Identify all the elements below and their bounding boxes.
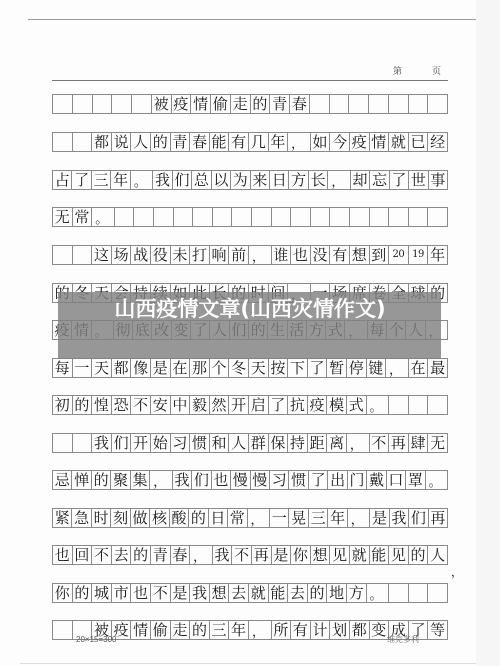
grid-cell: 事: [428, 171, 448, 189]
grid-cell: 的: [150, 133, 170, 151]
grid-cell-empty: [52, 434, 72, 452]
grid-cell: 不: [150, 584, 170, 602]
grid-cell-empty: [309, 95, 329, 113]
grid-cell: 常: [227, 509, 246, 527]
grid-cell: 出: [327, 471, 346, 489]
grid-cell: 每: [52, 359, 72, 377]
grid-cell-empty: [369, 208, 389, 226]
grid-cell: 我: [189, 584, 209, 602]
page-label-ye: 页: [432, 64, 441, 77]
grid-cell: 一: [269, 509, 288, 527]
grid-cell: 响: [209, 246, 229, 264]
grid-cell: 是: [271, 546, 291, 564]
grid-cell: 场: [111, 246, 131, 264]
grid-cell: 的: [130, 546, 150, 564]
grid-cell: 下: [287, 359, 307, 377]
grid-cell: 习: [269, 471, 288, 489]
grid-cell: 青: [170, 133, 190, 151]
grid-cell: 恐: [111, 396, 131, 414]
grid-cell: 不: [91, 546, 111, 564]
grid-cell: 肆: [408, 434, 428, 452]
grid-cell-empty: [92, 95, 112, 113]
grid-cell: 方: [346, 584, 366, 602]
grid-cell: 像: [130, 359, 150, 377]
grid-cell: 键: [366, 359, 386, 377]
grid-cell: 所: [271, 621, 291, 639]
text-row: 占了三年。我们总以为来日方长，却忘了世事: [52, 170, 448, 190]
grid-cell-empty: [388, 584, 408, 602]
grid-cell: ，: [327, 171, 349, 189]
grid-cell: 就: [349, 546, 369, 564]
grid-cell: 了: [307, 359, 327, 377]
grid-cell: 能: [268, 584, 288, 602]
grid-cell: 我: [389, 509, 408, 527]
grid-cell: 。: [91, 208, 114, 226]
grid-cell: 的: [307, 584, 327, 602]
grid-cell: 有: [290, 621, 310, 639]
grid-cell: 启: [248, 396, 268, 414]
grid-cell: 却: [350, 171, 369, 189]
grid-cell: 我: [172, 471, 191, 489]
grid-cell-empty: [388, 95, 408, 113]
grid-cell: 再: [428, 509, 448, 527]
grid-cell-empty: [212, 208, 232, 226]
grid-cell: 疫: [349, 133, 369, 151]
grid-cell: 的: [250, 95, 270, 113]
margin-comma: ，: [451, 563, 463, 580]
brand-label: 维克多利: [387, 634, 419, 645]
grid-cell: 春: [170, 546, 190, 564]
grid-cell: 经: [427, 133, 448, 151]
grid-cell-empty: [388, 396, 408, 414]
grid-cell: 口: [386, 471, 405, 489]
grid-cell: 做: [130, 509, 149, 527]
grid-cell: 年: [427, 246, 448, 264]
grid-cell: 暂: [326, 359, 346, 377]
grid-cell: 的: [189, 621, 209, 639]
grid-cell: 三: [91, 171, 110, 189]
grid-cell: 市: [111, 584, 131, 602]
grid-cell: 已: [408, 133, 428, 151]
grid-cell: 疫: [171, 95, 191, 113]
grid-cell: 不: [231, 546, 251, 564]
grid-cell: 20: [388, 246, 408, 264]
grid-cell: 能: [209, 133, 229, 151]
grid-cell: 习: [170, 434, 190, 452]
text-row: 每一天都像是在那个冬天按下了暂停键，在最: [52, 358, 448, 378]
grid-cell: 也: [211, 471, 230, 489]
grid-cell: 年: [327, 509, 346, 527]
grid-cell: ，: [287, 133, 310, 151]
grid-cell: 个: [209, 359, 229, 377]
grid-cell: 划: [329, 621, 349, 639]
grid-cell: 距: [307, 434, 327, 452]
grid-cell: 惮: [71, 471, 90, 489]
text-row: 紧急时刻做核酸的日常，一晃三年，是我们再: [52, 508, 448, 528]
text-row: 这场战役未打响前，谁也没有想到2019年: [52, 245, 448, 265]
grid-cell: 的: [91, 471, 110, 489]
grid-cell: 急: [71, 509, 90, 527]
grid-cell: 年: [228, 621, 248, 639]
grid-cell: 。: [130, 171, 152, 189]
grid-cell: 以: [211, 171, 230, 189]
grid-cell: 式: [346, 396, 366, 414]
grid-cell: 战: [130, 246, 150, 264]
grid-cell: 就: [388, 133, 408, 151]
grid-cell: 变: [369, 621, 389, 639]
bottom-divider: [20, 663, 476, 664]
grid-cell: 回: [72, 546, 92, 564]
grid-cell: 走: [170, 621, 190, 639]
page-label-di: 第: [393, 64, 402, 77]
grid-cell: 说: [111, 133, 131, 151]
grid-cell: 慢: [230, 471, 249, 489]
grid-cell: 情: [130, 621, 150, 639]
grid-cell: 占: [52, 171, 71, 189]
header-divider: [52, 80, 448, 81]
grid-cell: 19: [408, 246, 428, 264]
grid-cell-empty: [52, 133, 72, 151]
grid-cell: 等: [427, 621, 448, 639]
grid-cell: 为: [230, 171, 249, 189]
grid-cell: 偷: [150, 621, 170, 639]
grid-cell: 忘: [369, 171, 388, 189]
grid-cell: 开: [130, 434, 150, 452]
grid-spec-label: 20×15=300: [76, 635, 117, 644]
grid-cell: 晃: [288, 509, 307, 527]
grid-cell: 春: [289, 95, 309, 113]
grid-cell: 是: [369, 509, 388, 527]
grid-cell: 再: [388, 434, 408, 452]
grid-cell: 天: [91, 359, 111, 377]
grid-cell: 的: [72, 396, 92, 414]
grid-cell: 惯: [288, 471, 307, 489]
grid-cell: 也: [130, 584, 150, 602]
grid-cell: 在: [170, 359, 190, 377]
grid-cell: 我: [152, 171, 171, 189]
grid-cell: 未: [170, 246, 190, 264]
grid-cell-empty: [72, 246, 92, 264]
grid-cell: 地: [326, 584, 346, 602]
grid-cell-empty: [192, 208, 212, 226]
grid-cell: 被: [151, 95, 171, 113]
grid-cell: 偷: [210, 95, 230, 113]
overlay-title[interactable]: 山西疫情文章(山西灾情作文): [70, 296, 430, 322]
grid-cell: 最: [427, 359, 448, 377]
grid-cell: 去: [228, 584, 248, 602]
text-row: 你的城市也不是我想去就能去的地方。: [52, 583, 448, 603]
grid-cell: 酸: [169, 509, 188, 527]
grid-cell-empty: [231, 208, 251, 226]
grid-cell-empty: [52, 621, 72, 639]
grid-cell: 慢: [250, 471, 269, 489]
grid-cell: 一: [72, 359, 92, 377]
grid-cell-empty: [329, 95, 349, 113]
grid-cell: 惯: [189, 434, 209, 452]
grid-cell: 安: [150, 396, 170, 414]
grid-cell: 了: [71, 171, 90, 189]
grid-cell-empty: [290, 208, 310, 226]
grid-cell: 春: [189, 133, 209, 151]
top-divider: [28, 19, 476, 20]
grid-cell: ，: [347, 509, 369, 527]
grid-cell: 见: [329, 546, 349, 564]
grid-cell: 中: [170, 396, 190, 414]
grid-cell: 们: [172, 171, 191, 189]
grid-cell: 保: [268, 434, 288, 452]
text-row: 忌惮的聚集，我们也慢慢习惯了出门戴口罩。: [52, 470, 448, 490]
grid-cell: 了: [268, 396, 288, 414]
grid-cell: 情: [190, 95, 210, 113]
grid-cell: 都: [91, 133, 111, 151]
grid-cell-empty: [408, 208, 428, 226]
grid-cell-empty: [153, 208, 173, 226]
grid-cell-empty: [427, 584, 448, 602]
grid-cell: 就: [248, 584, 268, 602]
grid-cell-empty: [133, 208, 153, 226]
grid-cell-empty: [52, 246, 72, 264]
grid-cell: 人: [228, 434, 248, 452]
grid-cell-empty: [329, 208, 349, 226]
grid-cell: 去: [287, 584, 307, 602]
grid-cell: 集: [130, 471, 149, 489]
grid-cell: 去: [111, 546, 131, 564]
grid-cell: 走: [230, 95, 250, 113]
grid-cell: 年: [268, 133, 288, 151]
grid-cell-empty: [72, 434, 92, 452]
grid-cell: 有: [329, 246, 349, 264]
grid-cell: 计: [310, 621, 330, 639]
grid-cell: ，: [385, 359, 408, 377]
grid-cell: 年: [110, 171, 129, 189]
grid-cell: 始: [150, 434, 170, 452]
grid-cell: 惶: [91, 396, 111, 414]
grid-cell-empty: [52, 95, 72, 113]
grid-cell: ，: [346, 434, 369, 452]
grid-cell-empty: [408, 396, 428, 414]
grid-cell: 都: [349, 621, 369, 639]
grid-cell-empty: [408, 95, 428, 113]
text-row: 我们开始习惯和人群保持距离，不再肆无: [52, 433, 448, 453]
grid-cell: 的: [188, 509, 207, 527]
grid-cell: 这: [91, 246, 111, 264]
grid-cell: 想: [310, 546, 330, 564]
grid-cell: 到: [369, 246, 389, 264]
grid-cell-empty: [408, 584, 428, 602]
grid-cell: 们: [408, 509, 427, 527]
grid-cell: 谁: [271, 246, 291, 264]
grid-cell: 紧: [52, 509, 71, 527]
grid-cell: 了: [308, 471, 327, 489]
grid-cell: ，: [189, 546, 212, 564]
grid-cell-empty: [427, 396, 448, 414]
grid-cell-empty: [310, 208, 330, 226]
grid-cell: 城: [91, 584, 111, 602]
grid-cell-empty: [72, 133, 92, 151]
grid-cell: 役: [150, 246, 170, 264]
text-row: 也回不去的青春，我不再是你想见就能见的人: [52, 545, 448, 565]
grid-cell: 的: [408, 546, 428, 564]
grid-cell: 是: [150, 359, 170, 377]
title-row: 被疫情偷走的青春: [52, 94, 448, 114]
grid-cell: 持: [287, 434, 307, 452]
grid-cell-empty: [72, 95, 92, 113]
grid-cell: 日: [269, 171, 288, 189]
grid-cell-empty: [368, 95, 388, 113]
grid-cell-empty: [271, 208, 291, 226]
grid-cell: 罩: [405, 471, 424, 489]
grid-cell: 初: [52, 396, 72, 414]
grid-cell: 核: [149, 509, 168, 527]
grid-cell: 和: [209, 434, 229, 452]
grid-cell: ，: [248, 246, 271, 264]
grid-cell: 青: [269, 95, 289, 113]
grid-cell: 时: [91, 509, 110, 527]
grid-cell-empty: [349, 208, 369, 226]
grid-cell: 今: [329, 133, 349, 151]
grid-cell: 聚: [110, 471, 129, 489]
grid-cell: 也: [52, 546, 72, 564]
grid-cell: 们: [111, 434, 131, 452]
grid-cell: 我: [212, 546, 232, 564]
grid-cell-empty: [114, 208, 134, 226]
grid-cell: 们: [191, 471, 210, 489]
grid-cell: 冬: [228, 359, 248, 377]
grid-cell: 想: [209, 584, 229, 602]
grid-cell: 不: [369, 434, 389, 452]
grid-cell: 。: [366, 584, 389, 602]
grid-cell: 门: [347, 471, 366, 489]
grid-cell: ，: [149, 471, 171, 489]
grid-cell: 开: [228, 396, 248, 414]
grid-cell: 打: [189, 246, 209, 264]
page-edge: [476, 0, 500, 666]
grid-cell: 。: [425, 471, 448, 489]
grid-cell: 是: [170, 584, 190, 602]
grid-cell: 情: [369, 133, 389, 151]
grid-cell: 你: [290, 546, 310, 564]
grid-cell-empty: [388, 208, 408, 226]
grid-cell-empty: [427, 208, 448, 226]
grid-cell: 能: [369, 546, 389, 564]
grid-cell: 来: [250, 171, 269, 189]
grid-cell: 再: [251, 546, 271, 564]
grid-cell: 停: [346, 359, 366, 377]
grid-cell-empty: [427, 95, 448, 113]
grid-cell-empty: [348, 95, 368, 113]
grid-cell: 忌: [52, 471, 71, 489]
grid-cell: 如: [310, 133, 330, 151]
grid-cell-empty: [251, 208, 271, 226]
grid-cell: 毅: [189, 396, 209, 414]
text-row: 初的惶恐不安中毅然开启了抗疫模式。: [52, 395, 448, 415]
grid-cell: 长: [308, 171, 327, 189]
grid-cell: 模: [326, 396, 346, 414]
grid-cell-empty: [173, 208, 193, 226]
grid-cell: 。: [366, 396, 389, 414]
grid-cell: 刻: [110, 509, 129, 527]
grid-cell: 有: [228, 133, 248, 151]
grid-cell: ，: [247, 509, 269, 527]
grid-cell-empty: [111, 95, 131, 113]
grid-cell: 然: [209, 396, 229, 414]
grid-cell: 在: [408, 359, 428, 377]
grid-cell: 人: [427, 546, 448, 564]
grid-cell: 天: [248, 359, 268, 377]
grid-cell: 三: [308, 509, 327, 527]
grid-cell: 日: [208, 509, 227, 527]
grid-cell: 那: [189, 359, 209, 377]
grid-cell: 想: [349, 246, 369, 264]
grid-cell: 都: [111, 359, 131, 377]
grid-cell: 常: [72, 208, 92, 226]
grid-cell: 人: [130, 133, 150, 151]
grid-cell: 也: [290, 246, 310, 264]
grid-cell: 抗: [287, 396, 307, 414]
grid-cell: 按: [268, 359, 288, 377]
grid-cell: 你: [52, 584, 72, 602]
grid-cell: 不: [130, 396, 150, 414]
grid-cell: 我: [91, 434, 111, 452]
grid-cell: 无: [427, 434, 448, 452]
grid-cell: 戴: [366, 471, 385, 489]
grid-cell: 见: [388, 546, 408, 564]
grid-cell: 几: [248, 133, 268, 151]
grid-cell: 疫: [307, 396, 327, 414]
grid-cell: 总: [191, 171, 210, 189]
grid-cell: 无: [52, 208, 72, 226]
grid-cell: 了: [389, 171, 408, 189]
grid-cell: 青: [150, 546, 170, 564]
grid-cell-empty: [131, 95, 151, 113]
grid-cell: 方: [288, 171, 307, 189]
grid-cell: 世: [408, 171, 427, 189]
grid-cell: 没: [310, 246, 330, 264]
grid-cell: 离: [326, 434, 346, 452]
text-row: 都说人的青春能有几年，如今疫情就已经: [52, 132, 448, 152]
grid-cell: 群: [248, 434, 268, 452]
text-row: 无常。: [52, 207, 448, 227]
grid-cell: 三: [209, 621, 229, 639]
grid-cell: 的: [72, 584, 92, 602]
grid-cell: ，: [248, 621, 271, 639]
grid-cell: 前: [228, 246, 248, 264]
